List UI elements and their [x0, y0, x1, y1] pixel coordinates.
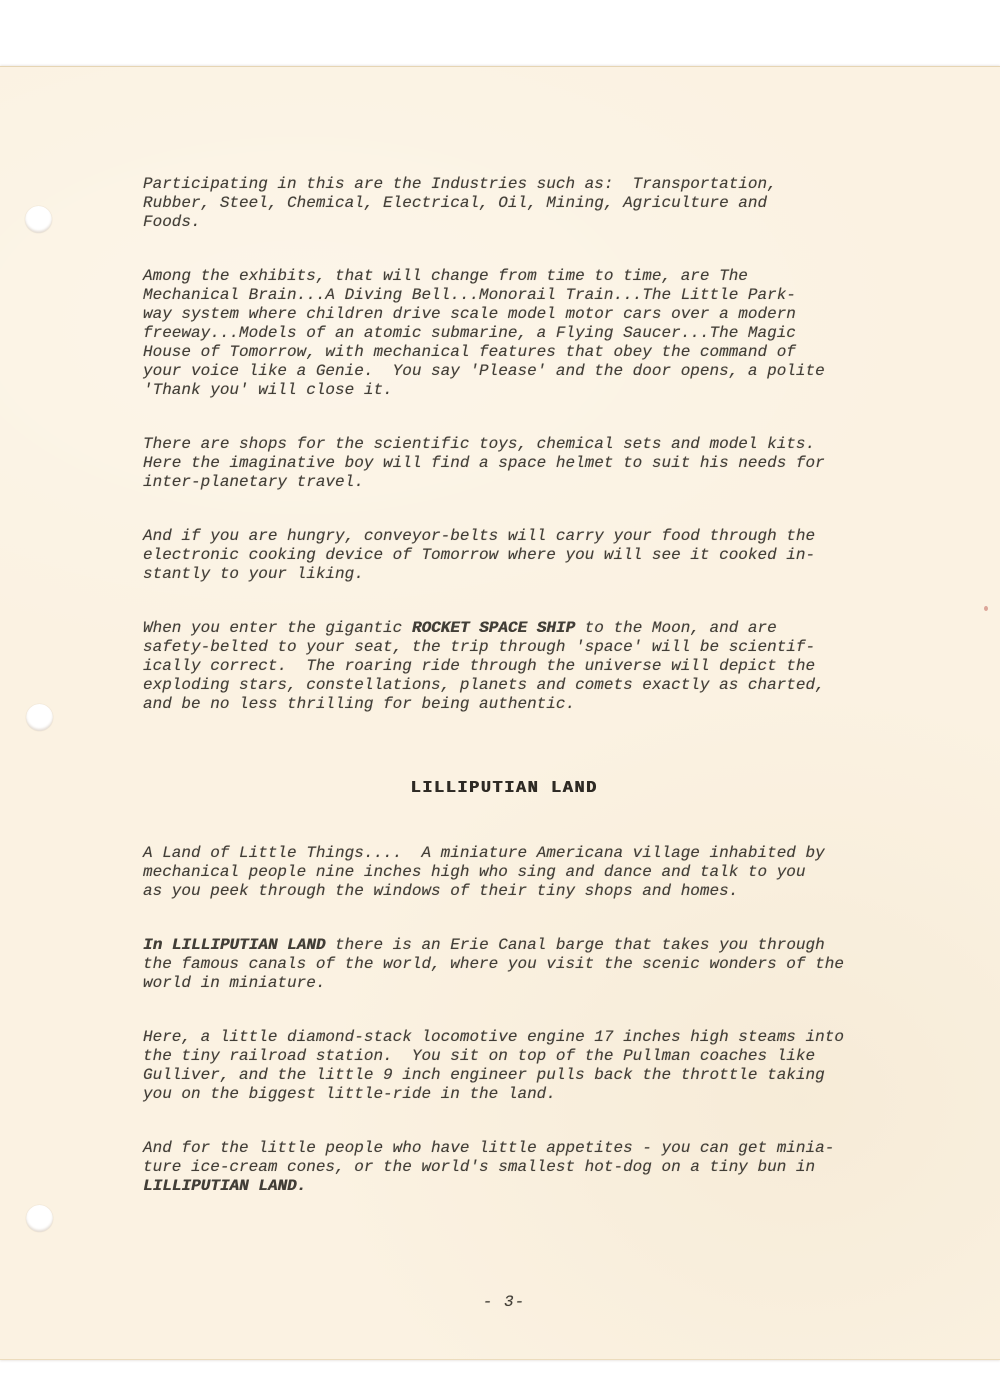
punch-hole-middle	[26, 704, 53, 731]
paragraph-little-appetites: And for the little people who have littl…	[143, 1139, 865, 1196]
paragraph-rocket-space-ship: When you enter the gigantic ROCKET SPACE…	[143, 619, 865, 714]
paragraph-locomotive: Here, a little diamond-stack locomotive …	[143, 1028, 865, 1104]
page-number: - 3-	[143, 1293, 865, 1312]
scanned-page: Participating in this are the Industries…	[0, 66, 1000, 1360]
paragraph-land-of-little-things: A Land of Little Things.... A miniature …	[143, 844, 865, 901]
punch-hole-bottom	[26, 1205, 53, 1232]
paragraph-shops: There are shops for the scientific toys,…	[143, 435, 865, 492]
punch-hole-top	[25, 206, 52, 233]
paragraph-exhibits: Among the exhibits, that will change fro…	[143, 267, 865, 400]
scan-background: Participating in this are the Industries…	[0, 0, 1000, 1376]
paper-speck	[984, 606, 988, 611]
paragraph-erie-canal: In LILLIPUTIAN LAND there is an Erie Can…	[143, 936, 865, 993]
paragraph-conveyor-belts: And if you are hungry, conveyor-belts wi…	[143, 527, 865, 584]
typed-content: Participating in this are the Industries…	[143, 67, 865, 1312]
section-heading-lilliputian-land: LILLIPUTIAN LAND	[143, 779, 865, 799]
paragraph-industries: Participating in this are the Industries…	[143, 175, 865, 232]
